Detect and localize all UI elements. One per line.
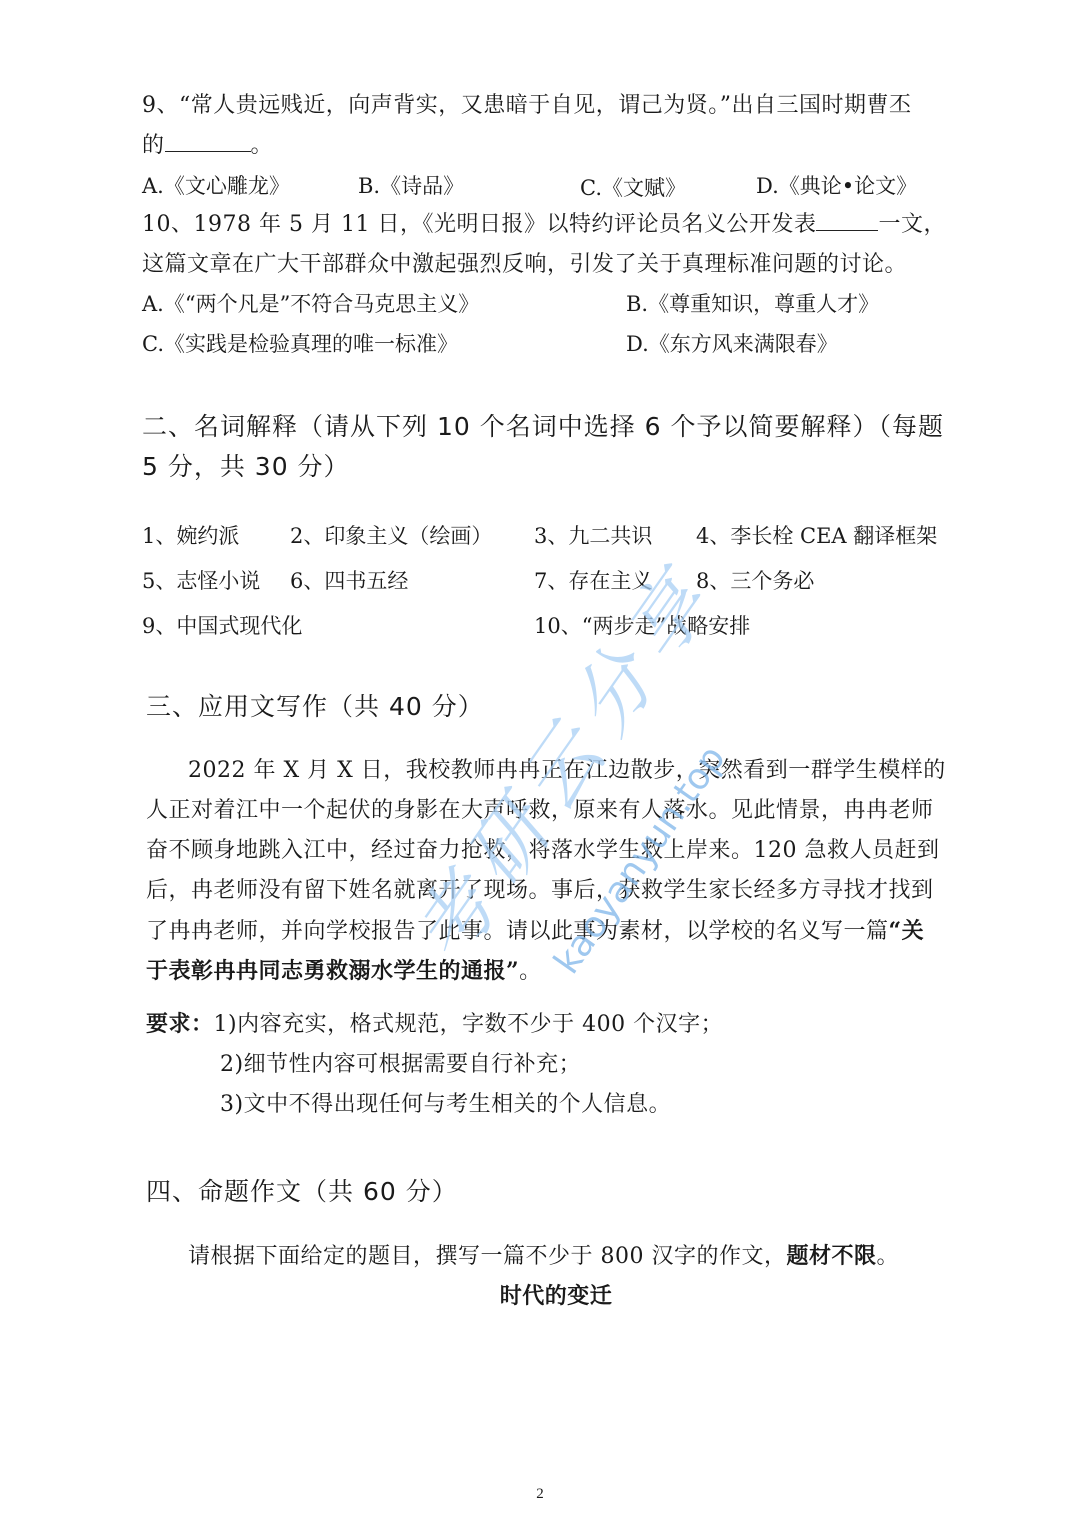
requirements-label: 要求：: [146, 1012, 214, 1037]
notice-title-period: 。: [519, 959, 542, 984]
requirement-2: 2)细节性内容可根据需要自行补充；: [220, 1050, 581, 1080]
section3-paragraph-line6: 于表彰冉冉同志勇救溺水学生的通报”。: [146, 956, 542, 987]
term-7: 7、存在主义: [534, 566, 652, 596]
instruction-emphasis: 题材不限: [786, 1243, 876, 1269]
q9-line2: 的。: [142, 131, 273, 161]
q10-option-b: B.《尊重知识，尊重人才》: [626, 289, 879, 319]
requirement-line1: 要求：1)内容充实，格式规范，字数不少于 400 个汉字；: [146, 1010, 723, 1040]
q9-option-c: C.《文赋》: [580, 173, 686, 203]
notice-title-end: 于表彰冉冉同志勇救溺水学生的通报”: [146, 958, 519, 984]
q10-option-a: A.《“两个凡是”不符合马克思主义》: [142, 289, 479, 319]
instruction-text: 请根据下面给定的题目，撰写一篇不少于 800 汉字的作文，: [188, 1244, 786, 1269]
section2-heading-line2: 5 分，共 30 分）: [142, 450, 350, 484]
q9-option-d: D.《典论•论文》: [756, 171, 917, 201]
term-1: 1、婉约派: [142, 521, 239, 551]
section3-paragraph-line4: 后，冉老师没有留下姓名就离开了现场。事后，获救学生家长经多方寻找才找到: [146, 876, 934, 906]
q9-option-a: A.《文心雕龙》: [142, 171, 290, 201]
exam-page: 9、“常人贵远贱近，向声背实，又患暗于自见，谓己为贤。”出自三国时期曹丕 的。 …: [0, 0, 1080, 1527]
q10-option-d: D.《东方风来满限春》: [626, 329, 838, 359]
notice-title-start: “关: [889, 918, 925, 944]
section4-instruction: 请根据下面给定的题目，撰写一篇不少于 800 汉字的作文，题材不限。: [188, 1241, 899, 1272]
term-3: 3、九二共识: [534, 521, 652, 551]
q9-answer-blank: [165, 131, 251, 152]
term-5: 5、志怪小说: [142, 566, 260, 596]
section2-heading-line1: 二、名词解释（请从下列 10 个名词中选择 6 个予以简要解释）（每题: [142, 410, 944, 444]
term-4: 4、李长栓 CEA 翻译框架: [696, 521, 937, 551]
q9-option-b: B.《诗品》: [358, 171, 464, 201]
instruction-period: 。: [877, 1244, 900, 1269]
page-number: 2: [0, 1486, 1080, 1503]
q10-suffix: 一文，: [878, 212, 946, 237]
term-10: 10、“两步走”战略安排: [534, 611, 750, 641]
term-6: 6、四书五经: [290, 566, 408, 596]
q10-answer-blank: [816, 210, 878, 231]
section3-paragraph-line2: 人正对着江中一个起伏的身影在大声呼救，原来有人落水。见此情景，冉冉老师: [146, 796, 934, 826]
essay-title: 时代的变迁: [0, 1281, 1080, 1311]
section3-heading: 三、应用文写作（共 40 分）: [146, 690, 484, 724]
section3-paragraph-line1: 2022 年 X 月 X 日，我校教师冉冉正在江边散步，突然看到一群学生模样的: [188, 756, 946, 786]
section4-heading: 四、命题作文（共 60 分）: [146, 1175, 458, 1209]
q10-line2: 这篇文章在广大干部群众中激起强烈反响，引发了关于真理标准问题的讨论。: [142, 250, 907, 280]
q9-line1: 9、“常人贵远贱近，向声背实，又患暗于自见，谓己为贤。”出自三国时期曹丕: [142, 91, 912, 121]
q10-prefix: 10、1978 年 5 月 11 日，《光明日报》以特约评论员名义公开发表: [142, 212, 816, 237]
term-2: 2、印象主义（绘画）: [290, 521, 492, 551]
section3-paragraph-line3: 奋不顾身地跳入江中，经过奋力抢救，将落水学生救上岸来。120 急救人员赶到: [146, 836, 940, 866]
term-9: 9、中国式现代化: [142, 611, 302, 641]
term-8: 8、三个务必: [696, 566, 814, 596]
section3-paragraph-line5: 了冉冉老师，并向学校报告了此事。请以此事为素材，以学校的名义写一篇“关: [146, 916, 924, 947]
section3-paragraph-text: 了冉冉老师，并向学校报告了此事。请以此事为素材，以学校的名义写一篇: [146, 919, 889, 944]
requirement-1: 1)内容充实，格式规范，字数不少于 400 个汉字；: [214, 1012, 724, 1037]
q9-suffix: 。: [251, 133, 274, 158]
requirement-3: 3)文中不得出现任何与考生相关的个人信息。: [220, 1090, 671, 1120]
q10-line1: 10、1978 年 5 月 11 日，《光明日报》以特约评论员名义公开发表一文，: [142, 210, 946, 240]
q9-prefix: 的: [142, 133, 165, 158]
q10-option-c: C.《实践是检验真理的唯一标准》: [142, 329, 458, 359]
